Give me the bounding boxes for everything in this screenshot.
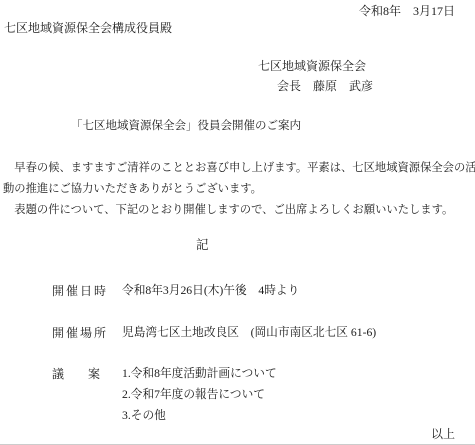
document-title: 「七区地域資源保全会」役員会開催のご案内 (71, 119, 301, 133)
body-line-1: 早春の候、ますますご清祥のこととお喜び申し上げます。平素は、七区地域資源保全会の… (3, 161, 475, 175)
agenda-item: 2.令和7年度の報告について (122, 388, 265, 403)
agenda-item: 3.その他 (122, 409, 166, 424)
letter-document: 令和8年 3月17日 七区地域資源保全会構成役員殿 七区地域資源保全会 会長 藤… (0, 0, 475, 445)
record-marker: 記 (196, 238, 209, 254)
sender-organization: 七区地域資源保全会 (258, 59, 366, 74)
datetime-value: 令和8年3月26日(木)午後 4時より (122, 284, 299, 299)
datetime-label: 開催日時 (52, 284, 108, 299)
recipient-line: 七区地域資源保全会構成役員殿 (4, 21, 172, 36)
body-line-2: 動の推進にご協力いただきありがとうございます。 (3, 182, 262, 196)
date-line: 令和8年 3月17日 (359, 4, 455, 19)
agenda-item: 1.令和8年度活動計画について (122, 367, 277, 382)
location-label: 開催場所 (52, 326, 108, 341)
body-line-3: 表題の件について、下記のとおり開催しますので、ご出席よろしくお願いいたします。 (3, 203, 453, 217)
location-value: 児島湾七区土地改良区 (岡山市南区北七区 61-6) (122, 326, 376, 341)
closing-marker: 以上 (431, 427, 455, 442)
agenda-label: 議 案 (52, 367, 100, 382)
sender-name: 会長 藤原 武彦 (277, 79, 373, 94)
